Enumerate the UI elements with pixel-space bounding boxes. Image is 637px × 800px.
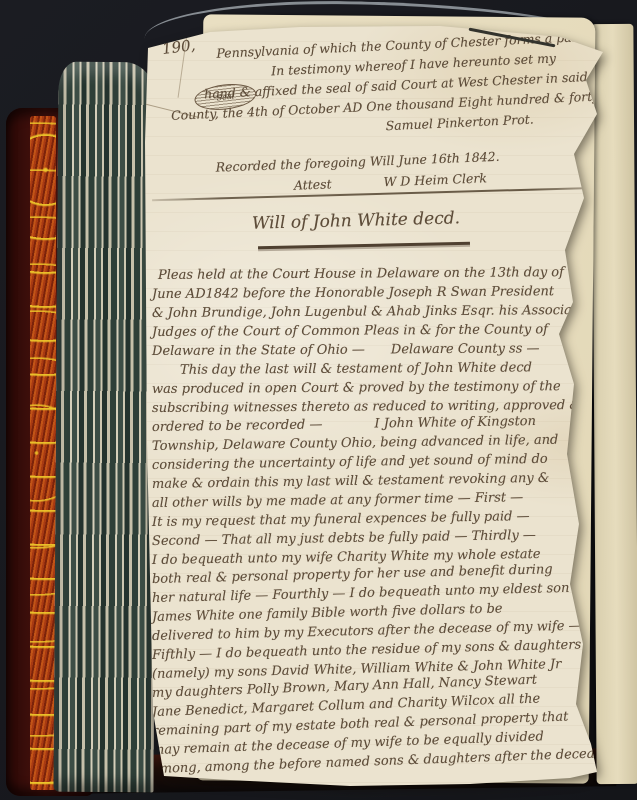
manuscript-page: 190, Pennsylvania of which the County of…: [140, 22, 610, 790]
marbled-endpaper-strip: [30, 116, 56, 790]
recording-attestation: Recorded the foregoing Will June 16th 18…: [197, 143, 582, 200]
title-underline: [258, 242, 470, 249]
will-body: Pleas held at the Court House in Delawar…: [152, 266, 604, 779]
clerk-signature: W D Heim Clerk: [383, 167, 487, 192]
attest-label: Attest: [293, 173, 331, 195]
manuscript-page-surface: 190, Pennsylvania of which the County of…: [140, 22, 610, 790]
will-title: Will of John White decd.: [140, 205, 572, 236]
photo-backdrop: 190, Pennsylvania of which the County of…: [0, 0, 637, 800]
